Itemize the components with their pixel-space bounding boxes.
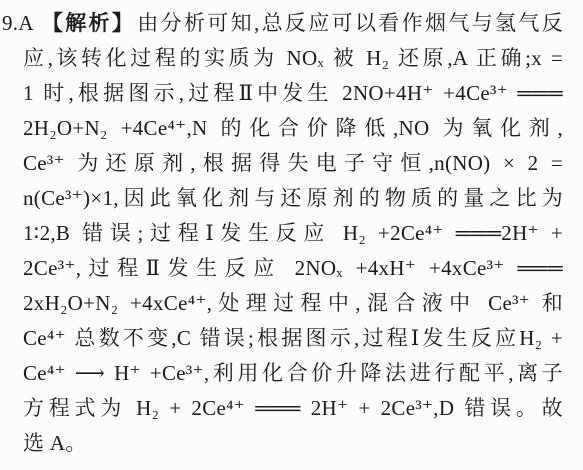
solution-line-7: 1∶2,B 错误;过程Ⅰ发生反应 H₂ +2Ce⁴⁺ ═══2H⁺ + [2,216,563,251]
solution-line-11: Ce⁴⁺ ⟶ H⁺ +Ce³⁺,利用化合价升降法进行配平,离子 [2,356,563,391]
solution-line-12: 方程式为 H₂ + 2Ce⁴⁺ ═══ 2H⁺ + 2Ce³⁺,D 错误。故 [2,391,563,426]
solution-line-2: 应,该转化过程的实质为 NOₓ 被 H₂ 还原,A 正确;x = [2,41,563,76]
solution-paragraph: 9.A【解析】由分析可知,总反应可以看作烟气与氢气反 应,该转化过程的实质为 N… [0,0,583,461]
solution-text-1: 由分析可知,总反应可以看作烟气与氢气反 [137,11,563,35]
document-page: 9.A【解析】由分析可知,总反应可以看作烟气与氢气反 应,该转化过程的实质为 N… [0,0,583,470]
question-number-answer: 9.A [2,11,38,35]
solution-line-5: Ce³⁺ 为还原剂,根据得失电子守恒,n(NO) × 2 = [2,146,563,181]
solution-line-4: 2H₂O+N₂ +4Ce⁴⁺,N 的化合价降低,NO 为氧化剂, [2,111,563,146]
solution-line-13: 选 A。 [2,426,563,461]
solution-line-8: 2Ce³⁺,过程Ⅱ发生反应 2NOₓ +4xH⁺ +4xCe³⁺ ═══ [2,251,563,286]
solution-line-9: 2xH₂O+N₂ +4xCe⁴⁺,处理过程中,混合液中 Ce³⁺ 和 [2,286,563,321]
solution-line-6: n(Ce³⁺)×1,因此氧化剂与还原剂的物质的量之比为 [2,181,563,216]
analysis-label: 【解析】 [38,11,137,35]
solution-line-1: 9.A【解析】由分析可知,总反应可以看作烟气与氢气反 [2,6,563,41]
solution-line-10: Ce⁴⁺ 总数不变,C 错误;根据图示,过程Ⅰ发生反应H₂ + [2,321,563,356]
solution-line-3: 1 时,根据图示,过程Ⅱ中发生 2NO+4H⁺ +4Ce³⁺ ═══ [2,76,563,111]
